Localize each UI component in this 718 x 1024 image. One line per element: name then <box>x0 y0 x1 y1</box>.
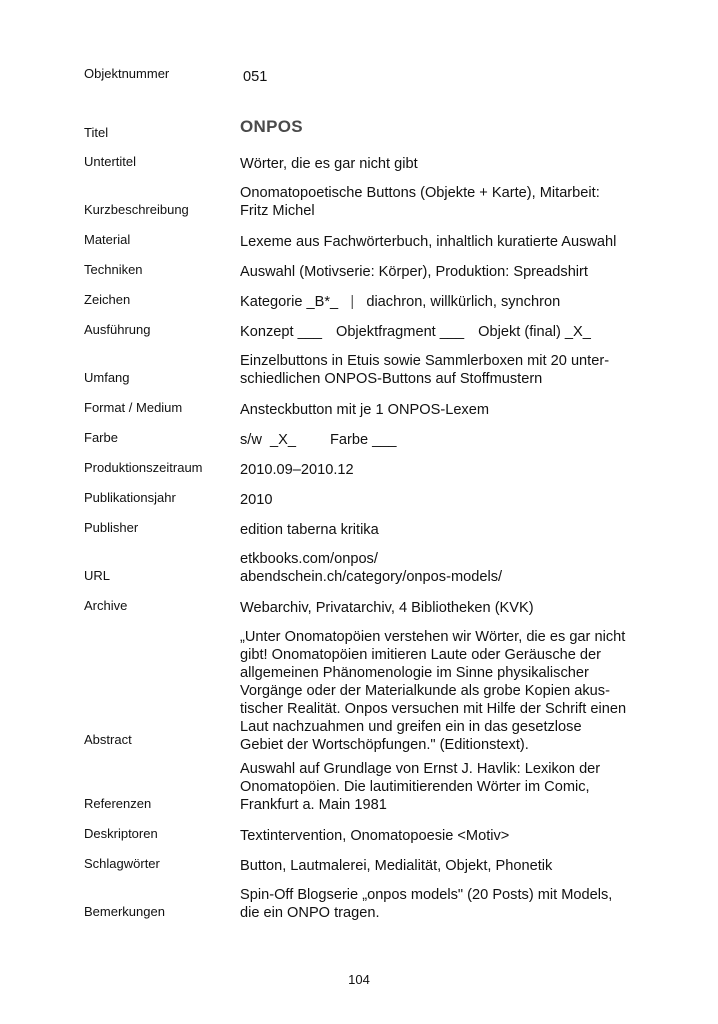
field-value: Auswahl auf Grundlage von Ernst J. Havli… <box>240 760 660 814</box>
field-value: etkbooks.com/onpos/ abendschein.ch/categ… <box>240 550 660 586</box>
option-farbe: Farbe ___ <box>330 432 397 448</box>
field-label: Archive <box>84 598 127 613</box>
field-value: „Unter Onomatopöien verstehen wir Wörter… <box>240 628 660 754</box>
field-label: Abstract <box>84 732 132 747</box>
field-value-title: ONPOS <box>240 118 660 136</box>
zeichen-kategorie: Kategorie _B*_ <box>240 294 338 310</box>
option-konzept: Konzept ___ <box>240 324 322 340</box>
abstract-line: Laut nachzuahmen und greifen ein in das … <box>240 718 660 736</box>
field-label: Umfang <box>84 370 130 385</box>
field-value: Konzept ___Objektfragment ___Objekt (fin… <box>240 323 660 341</box>
option-sw: s/w _X_ <box>240 432 296 448</box>
field-value: Spin-Off Blogserie „onpos models" (20 Po… <box>240 886 660 922</box>
field-value: 2010 <box>240 491 660 509</box>
reference-line: Onomatopöien. Die lautimitierenden Wörte… <box>240 778 660 796</box>
abstract-line: allgemeinen Phänomenologie im Sinne phys… <box>240 664 660 682</box>
zeichen-separator: | <box>350 294 354 310</box>
field-label: Farbe <box>84 430 118 445</box>
field-value: Kategorie _B*_ | diachron, willkürlich, … <box>240 293 660 311</box>
abstract-line: Gebiet der Wortschöpfungen." (Editionste… <box>240 736 660 754</box>
value-line: schiedlichen ONPOS-Buttons auf Stoffmust… <box>240 370 660 388</box>
field-value: Webarchiv, Privatarchiv, 4 Bibliotheken … <box>240 599 660 617</box>
document-page: Objektnummer 051 Titel ONPOS Untertitel … <box>0 0 718 1024</box>
field-value: 2010.09–2010.12 <box>240 461 660 479</box>
abstract-line: tischer Realität. Onpos versuchen mit Hi… <box>240 700 660 718</box>
field-label: Deskriptoren <box>84 826 158 841</box>
field-label: Techniken <box>84 262 143 277</box>
field-label: Zeichen <box>84 292 130 307</box>
field-label: Produktionszeitraum <box>84 460 203 475</box>
field-label: Referenzen <box>84 796 151 811</box>
field-label: URL <box>84 568 110 583</box>
field-label: Schlagwörter <box>84 856 160 871</box>
field-value: Wörter, die es gar nicht gibt <box>240 155 660 173</box>
page-number: 104 <box>0 972 718 987</box>
abstract-line: gibt! Onomatopöien imitieren Laute oder … <box>240 646 660 664</box>
abstract-line: „Unter Onomatopöien verstehen wir Wörter… <box>240 628 660 646</box>
zeichen-attributes: diachron, willkürlich, synchron <box>366 294 560 310</box>
value-line: Einzelbuttons in Etuis sowie Sammlerboxe… <box>240 352 660 370</box>
field-label: Material <box>84 232 130 247</box>
field-label: Publikationsjahr <box>84 490 176 505</box>
field-value: s/w _X_Farbe ___ <box>240 431 660 449</box>
value-line: Fritz Michel <box>240 202 660 220</box>
field-label: Kurzbeschreibung <box>84 202 189 217</box>
field-value: Auswahl (Motivserie: Körper), Produktion… <box>240 263 660 281</box>
field-value: Einzelbuttons in Etuis sowie Sammlerboxe… <box>240 352 660 388</box>
remark-line: die ein ONPO tragen. <box>240 904 660 922</box>
abstract-line: Vorgänge oder der Materialkunde als grob… <box>240 682 660 700</box>
field-value: Textintervention, Onomatopoesie <Motiv> <box>240 827 660 845</box>
option-objekt-final: Objekt (final) _X_ <box>478 324 591 340</box>
option-objektfragment: Objektfragment ___ <box>336 324 464 340</box>
reference-line: Frankfurt a. Main 1981 <box>240 796 660 814</box>
field-value: Button, Lautmalerei, Medialität, Objekt,… <box>240 857 660 875</box>
url-line: abendschein.ch/category/onpos-models/ <box>240 568 660 586</box>
remark-line: Spin-Off Blogserie „onpos models" (20 Po… <box>240 886 660 904</box>
field-value: Lexeme aus Fachwörterbuch, inhaltlich ku… <box>240 233 660 251</box>
field-label: Ausführung <box>84 322 151 337</box>
field-label: Objektnummer <box>84 66 169 81</box>
field-label: Format / Medium <box>84 400 182 415</box>
url-line: etkbooks.com/onpos/ <box>240 550 660 568</box>
field-value: edition taberna kritika <box>240 521 660 539</box>
reference-line: Auswahl auf Grundlage von Ernst J. Havli… <box>240 760 660 778</box>
field-value: 051 <box>243 68 663 86</box>
field-label: Bemerkungen <box>84 904 165 919</box>
field-label: Publisher <box>84 520 138 535</box>
field-value: Ansteckbutton mit je 1 ONPOS-Lexem <box>240 401 660 419</box>
field-value: Onomatopoetische Buttons (Objekte + Kart… <box>240 184 660 220</box>
field-label: Titel <box>84 125 108 140</box>
field-label: Untertitel <box>84 154 136 169</box>
value-line: Onomatopoetische Buttons (Objekte + Kart… <box>240 184 660 202</box>
